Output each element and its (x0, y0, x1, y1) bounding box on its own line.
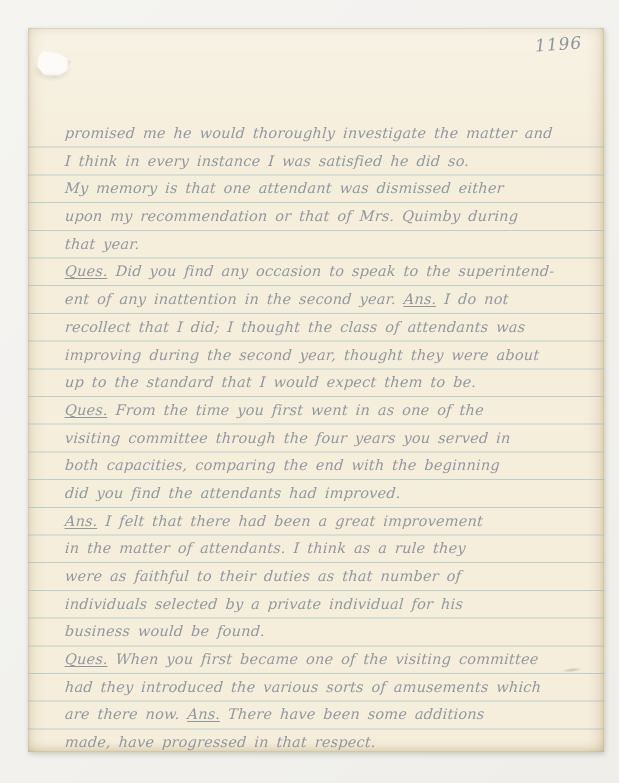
scan-background: 1196 promised me he would thoroughly inv… (0, 0, 619, 783)
manuscript-line: did you find the attendants had improved… (64, 480, 592, 508)
manuscript-line: both capacities, comparing the end with … (64, 452, 592, 480)
manuscript-line: promised me he would thoroughly investig… (64, 120, 592, 148)
document-page: 1196 promised me he would thoroughly inv… (28, 28, 604, 752)
manuscript-line: upon my recommendation or that of Mrs. Q… (64, 203, 592, 231)
manuscript-line: improving during the second year, though… (64, 342, 592, 370)
manuscript-line: Ques. From the time you first went in as… (64, 397, 592, 425)
manuscript-line: Ques. Did you find any occasion to speak… (64, 258, 592, 286)
manuscript-line: business would be found. (64, 618, 592, 646)
manuscript-line: that year. (64, 231, 592, 259)
manuscript-line: had they introduced the various sorts of… (64, 674, 592, 702)
manuscript-line: were as faithful to their duties as that… (64, 563, 592, 591)
manuscript-line: ent of any inattention in the second yea… (64, 286, 592, 314)
manuscript-line: made, have progressed in that respect. (64, 729, 592, 757)
manuscript-line: individuals selected by a private indivi… (64, 591, 592, 619)
page-number: 1196 (534, 33, 583, 56)
manuscript-line: up to the standard that I would expect t… (64, 369, 592, 397)
manuscript-line: recollect that I did; I thought the clas… (64, 314, 592, 342)
manuscript-line: in the matter of attendants. I think as … (64, 535, 592, 563)
manuscript-line: are there now. Ans. There have been some… (64, 701, 592, 729)
manuscript-line: My memory is that one attendant was dism… (64, 175, 592, 203)
manuscript-line: I think in every instance I was satisfie… (64, 148, 592, 176)
ruled-writing-area: promised me he would thoroughly investig… (28, 120, 604, 748)
manuscript-line: Ans. I felt that there had been a great … (64, 508, 592, 536)
manuscript-line: visiting committee through the four year… (64, 425, 592, 453)
manuscript-line: Ques. When you first became one of the v… (64, 646, 592, 674)
